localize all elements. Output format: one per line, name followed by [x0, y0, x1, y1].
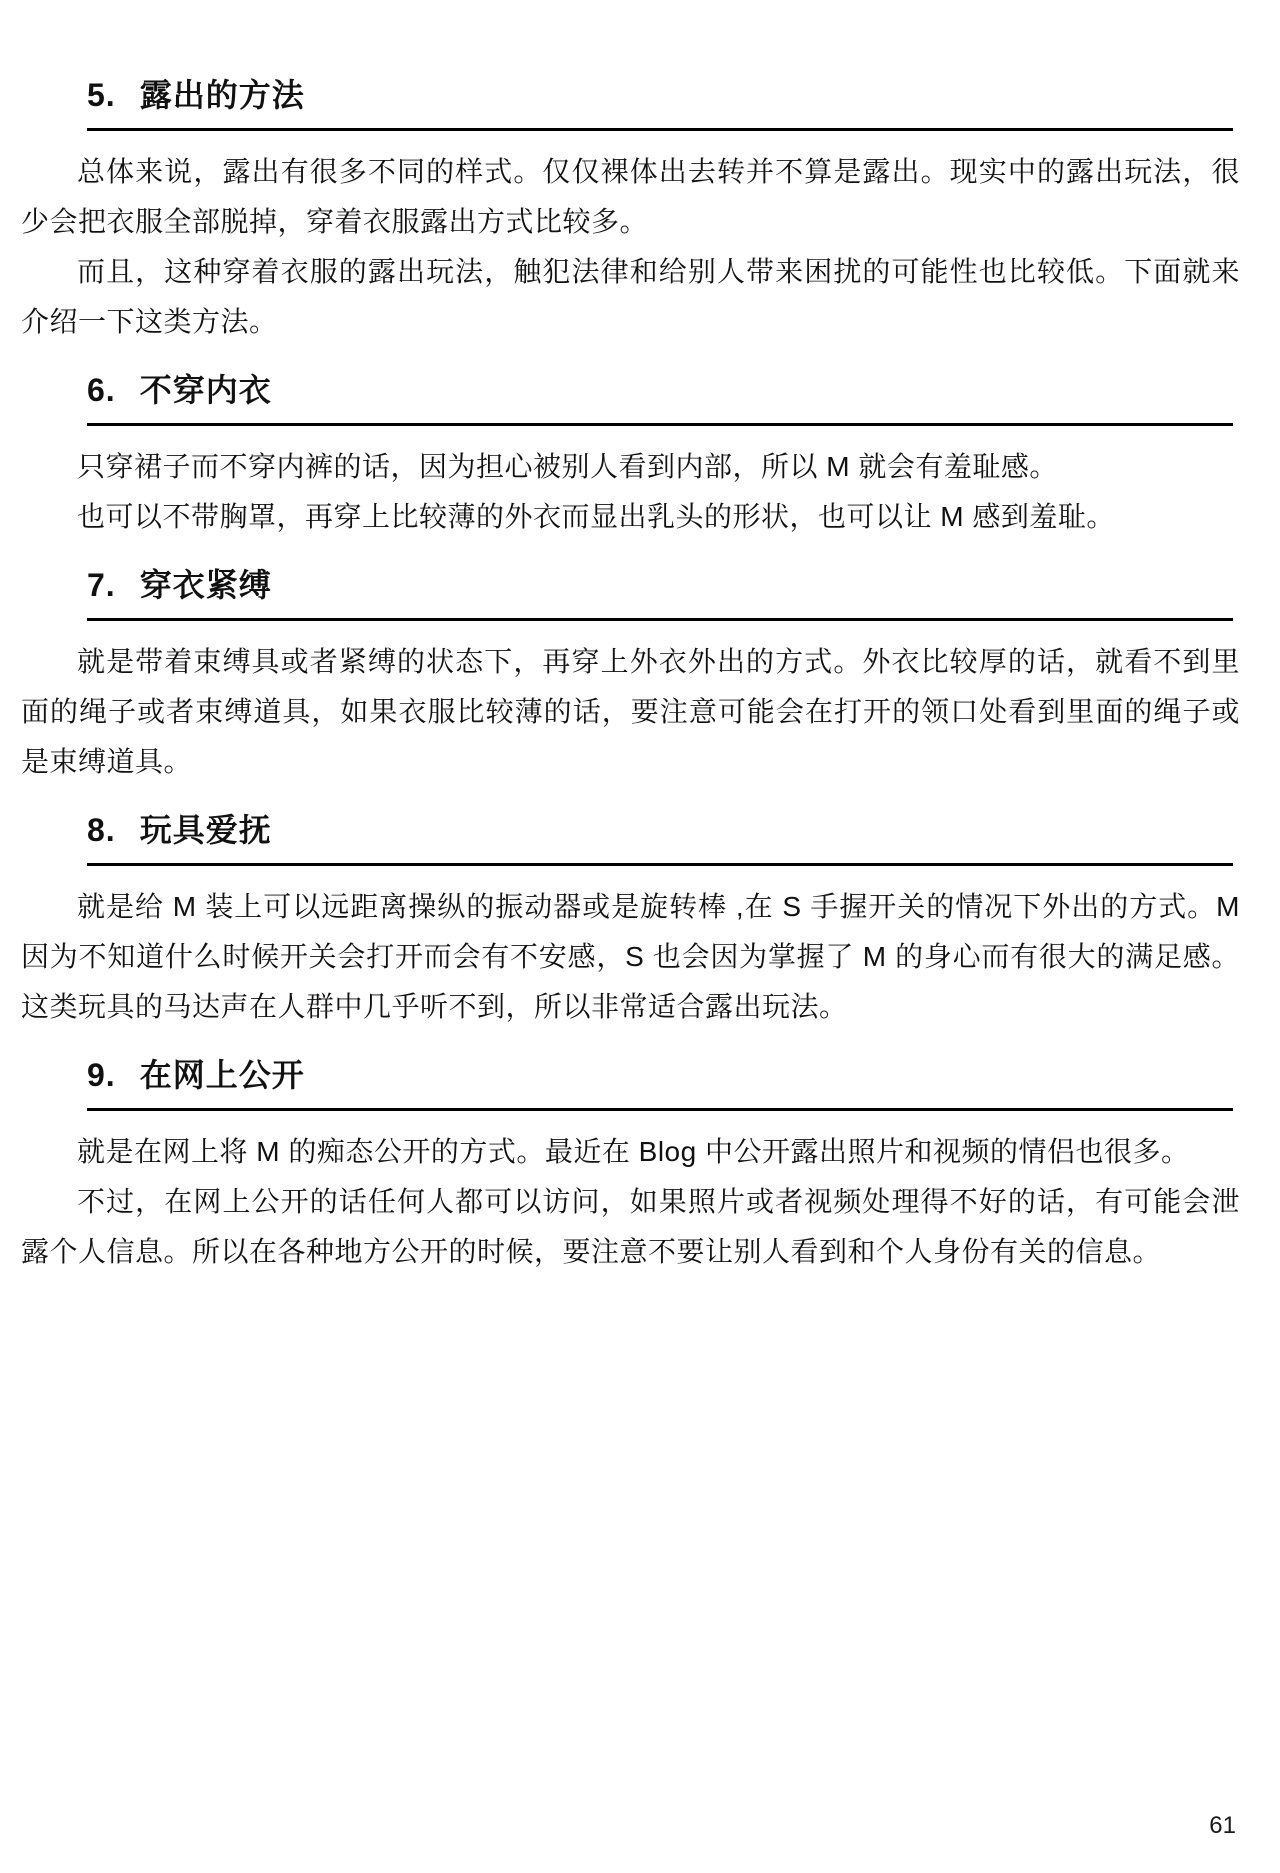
- section-clothed-binding: 7.穿衣紧缚 就是带着束缚具或者紧缚的状态下，再穿上外衣外出的方式。外衣比较厚的…: [21, 564, 1240, 787]
- paragraph: 就是给 M 装上可以远距离操纵的振动器或是旋转棒 ,在 S 手握开关的情况下外出…: [21, 882, 1240, 1032]
- paragraph: 就是带着束缚具或者紧缚的状态下，再穿上外衣外出的方式。外衣比较厚的话，就看不到里…: [21, 637, 1240, 787]
- section-number: 8.: [87, 809, 116, 851]
- section-title: 在网上公开: [140, 1057, 305, 1093]
- section-number: 5.: [87, 74, 116, 116]
- paragraph: 总体来说，露出有很多不同的样式。仅仅裸体出去转并不算是露出。现实中的露出玩法，很…: [21, 147, 1240, 247]
- paragraph: 就是在网上将 M 的痴态公开的方式。最近在 Blog 中公开露出照片和视频的情侣…: [21, 1127, 1240, 1177]
- section-heading: 6.不穿内衣: [87, 369, 1233, 426]
- section-heading: 9.在网上公开: [87, 1054, 1233, 1111]
- section-no-underwear: 6.不穿内衣 只穿裙子而不穿内裤的话，因为担心被别人看到内部，所以 M 就会有羞…: [21, 369, 1240, 542]
- section-publish-online: 9.在网上公开 就是在网上将 M 的痴态公开的方式。最近在 Blog 中公开露出…: [21, 1054, 1240, 1277]
- document-page: 5.露出的方法 总体来说，露出有很多不同的样式。仅仅裸体出去转并不算是露出。现实…: [0, 0, 1280, 1873]
- paragraph: 只穿裙子而不穿内裤的话，因为担心被别人看到内部，所以 M 就会有羞耻感。: [21, 442, 1240, 492]
- page-number: 61: [1209, 1812, 1236, 1840]
- section-number: 6.: [87, 369, 116, 411]
- paragraph: 也可以不带胸罩，再穿上比较薄的外衣而显出乳头的形状，也可以让 M 感到羞耻。: [21, 492, 1240, 542]
- section-heading: 7.穿衣紧缚: [87, 564, 1233, 621]
- section-heading: 8.玩具爱抚: [87, 809, 1233, 866]
- paragraph: 而且，这种穿着衣服的露出玩法，触犯法律和给别人带来困扰的可能性也比较低。下面就来…: [21, 247, 1240, 347]
- section-title: 露出的方法: [140, 77, 305, 113]
- section-heading: 5.露出的方法: [87, 74, 1233, 131]
- section-number: 7.: [87, 564, 116, 606]
- section-title: 穿衣紧缚: [140, 567, 272, 603]
- paragraph: 不过，在网上公开的话任何人都可以访问，如果照片或者视频处理得不好的话，有可能会泄…: [21, 1177, 1240, 1277]
- section-toys: 8.玩具爱抚 就是给 M 装上可以远距离操纵的振动器或是旋转棒 ,在 S 手握开…: [21, 809, 1240, 1032]
- section-number: 9.: [87, 1054, 116, 1096]
- section-exposure-methods: 5.露出的方法 总体来说，露出有很多不同的样式。仅仅裸体出去转并不算是露出。现实…: [21, 74, 1240, 347]
- section-title: 玩具爱抚: [140, 812, 272, 848]
- section-title: 不穿内衣: [140, 372, 272, 408]
